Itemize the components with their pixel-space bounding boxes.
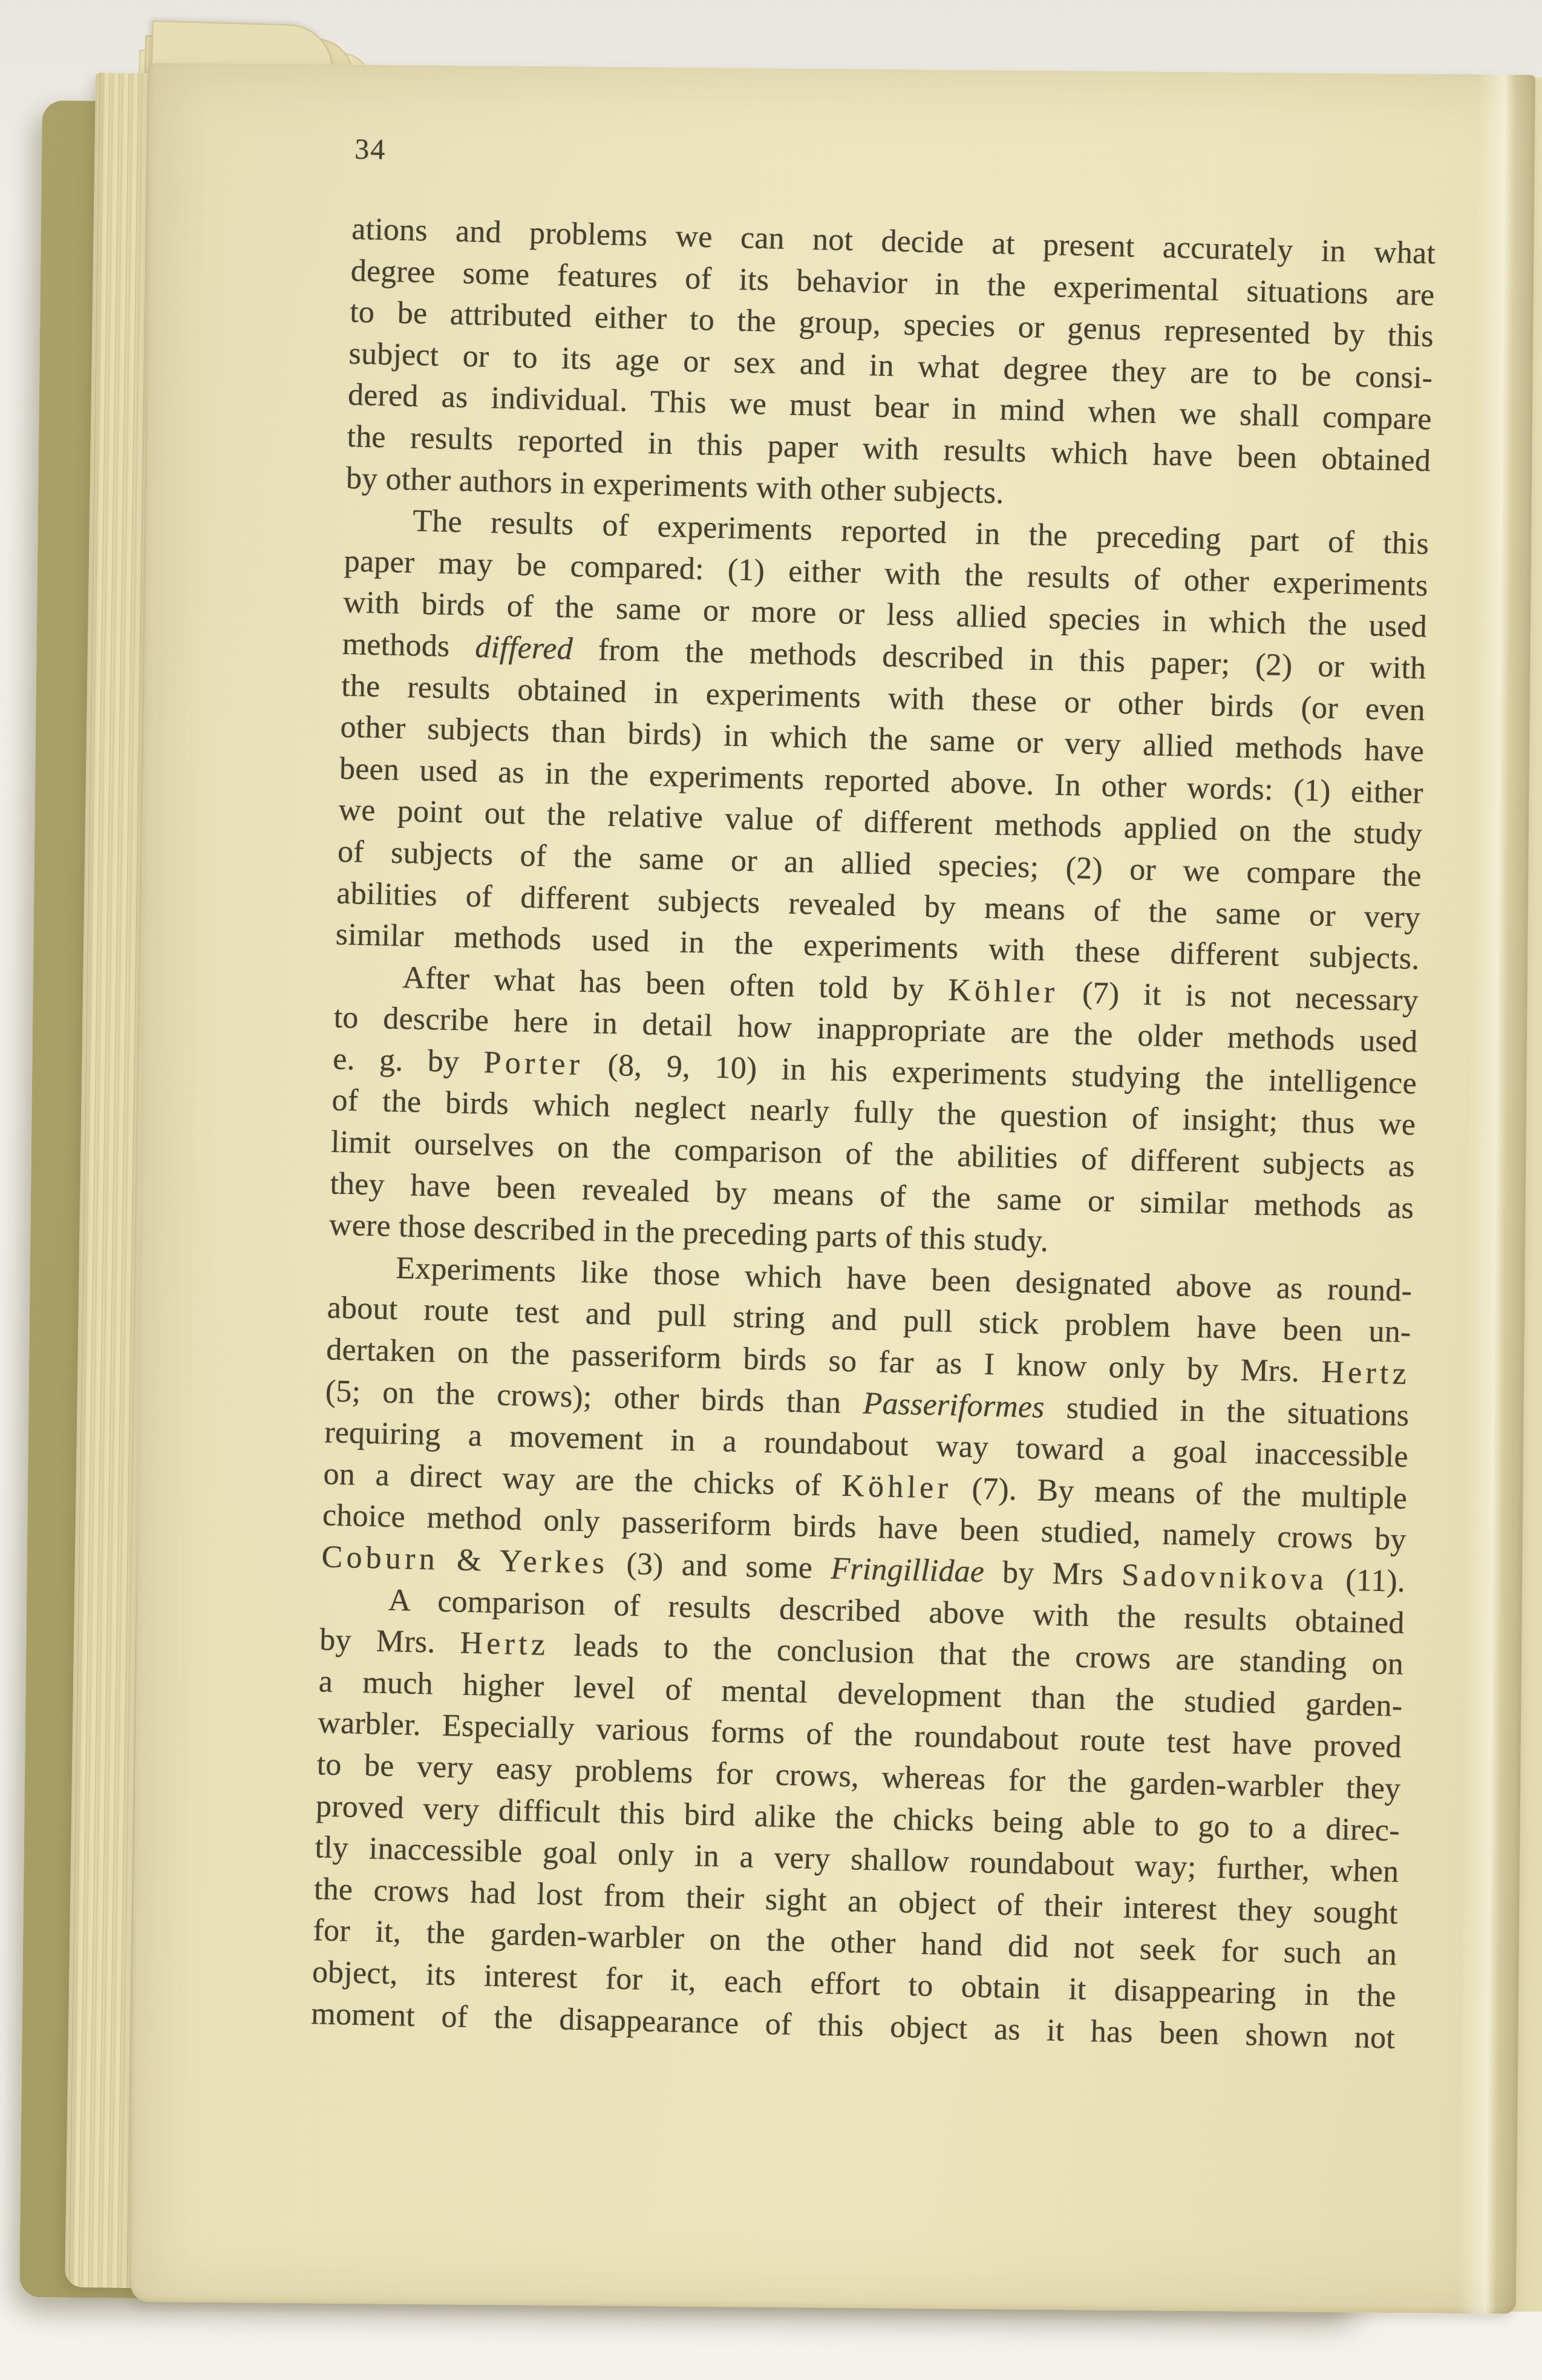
page-number: 34 [354, 133, 1438, 191]
scan-background: 34 ations and problems we can not decide… [0, 0, 1542, 2380]
page-text-block: 34 ations and problems we can not decide… [311, 133, 1438, 2059]
body-text: ations and problems we can not decide at… [311, 209, 1436, 2059]
book-page: 34 ations and problems we can not decide… [131, 63, 1535, 2314]
